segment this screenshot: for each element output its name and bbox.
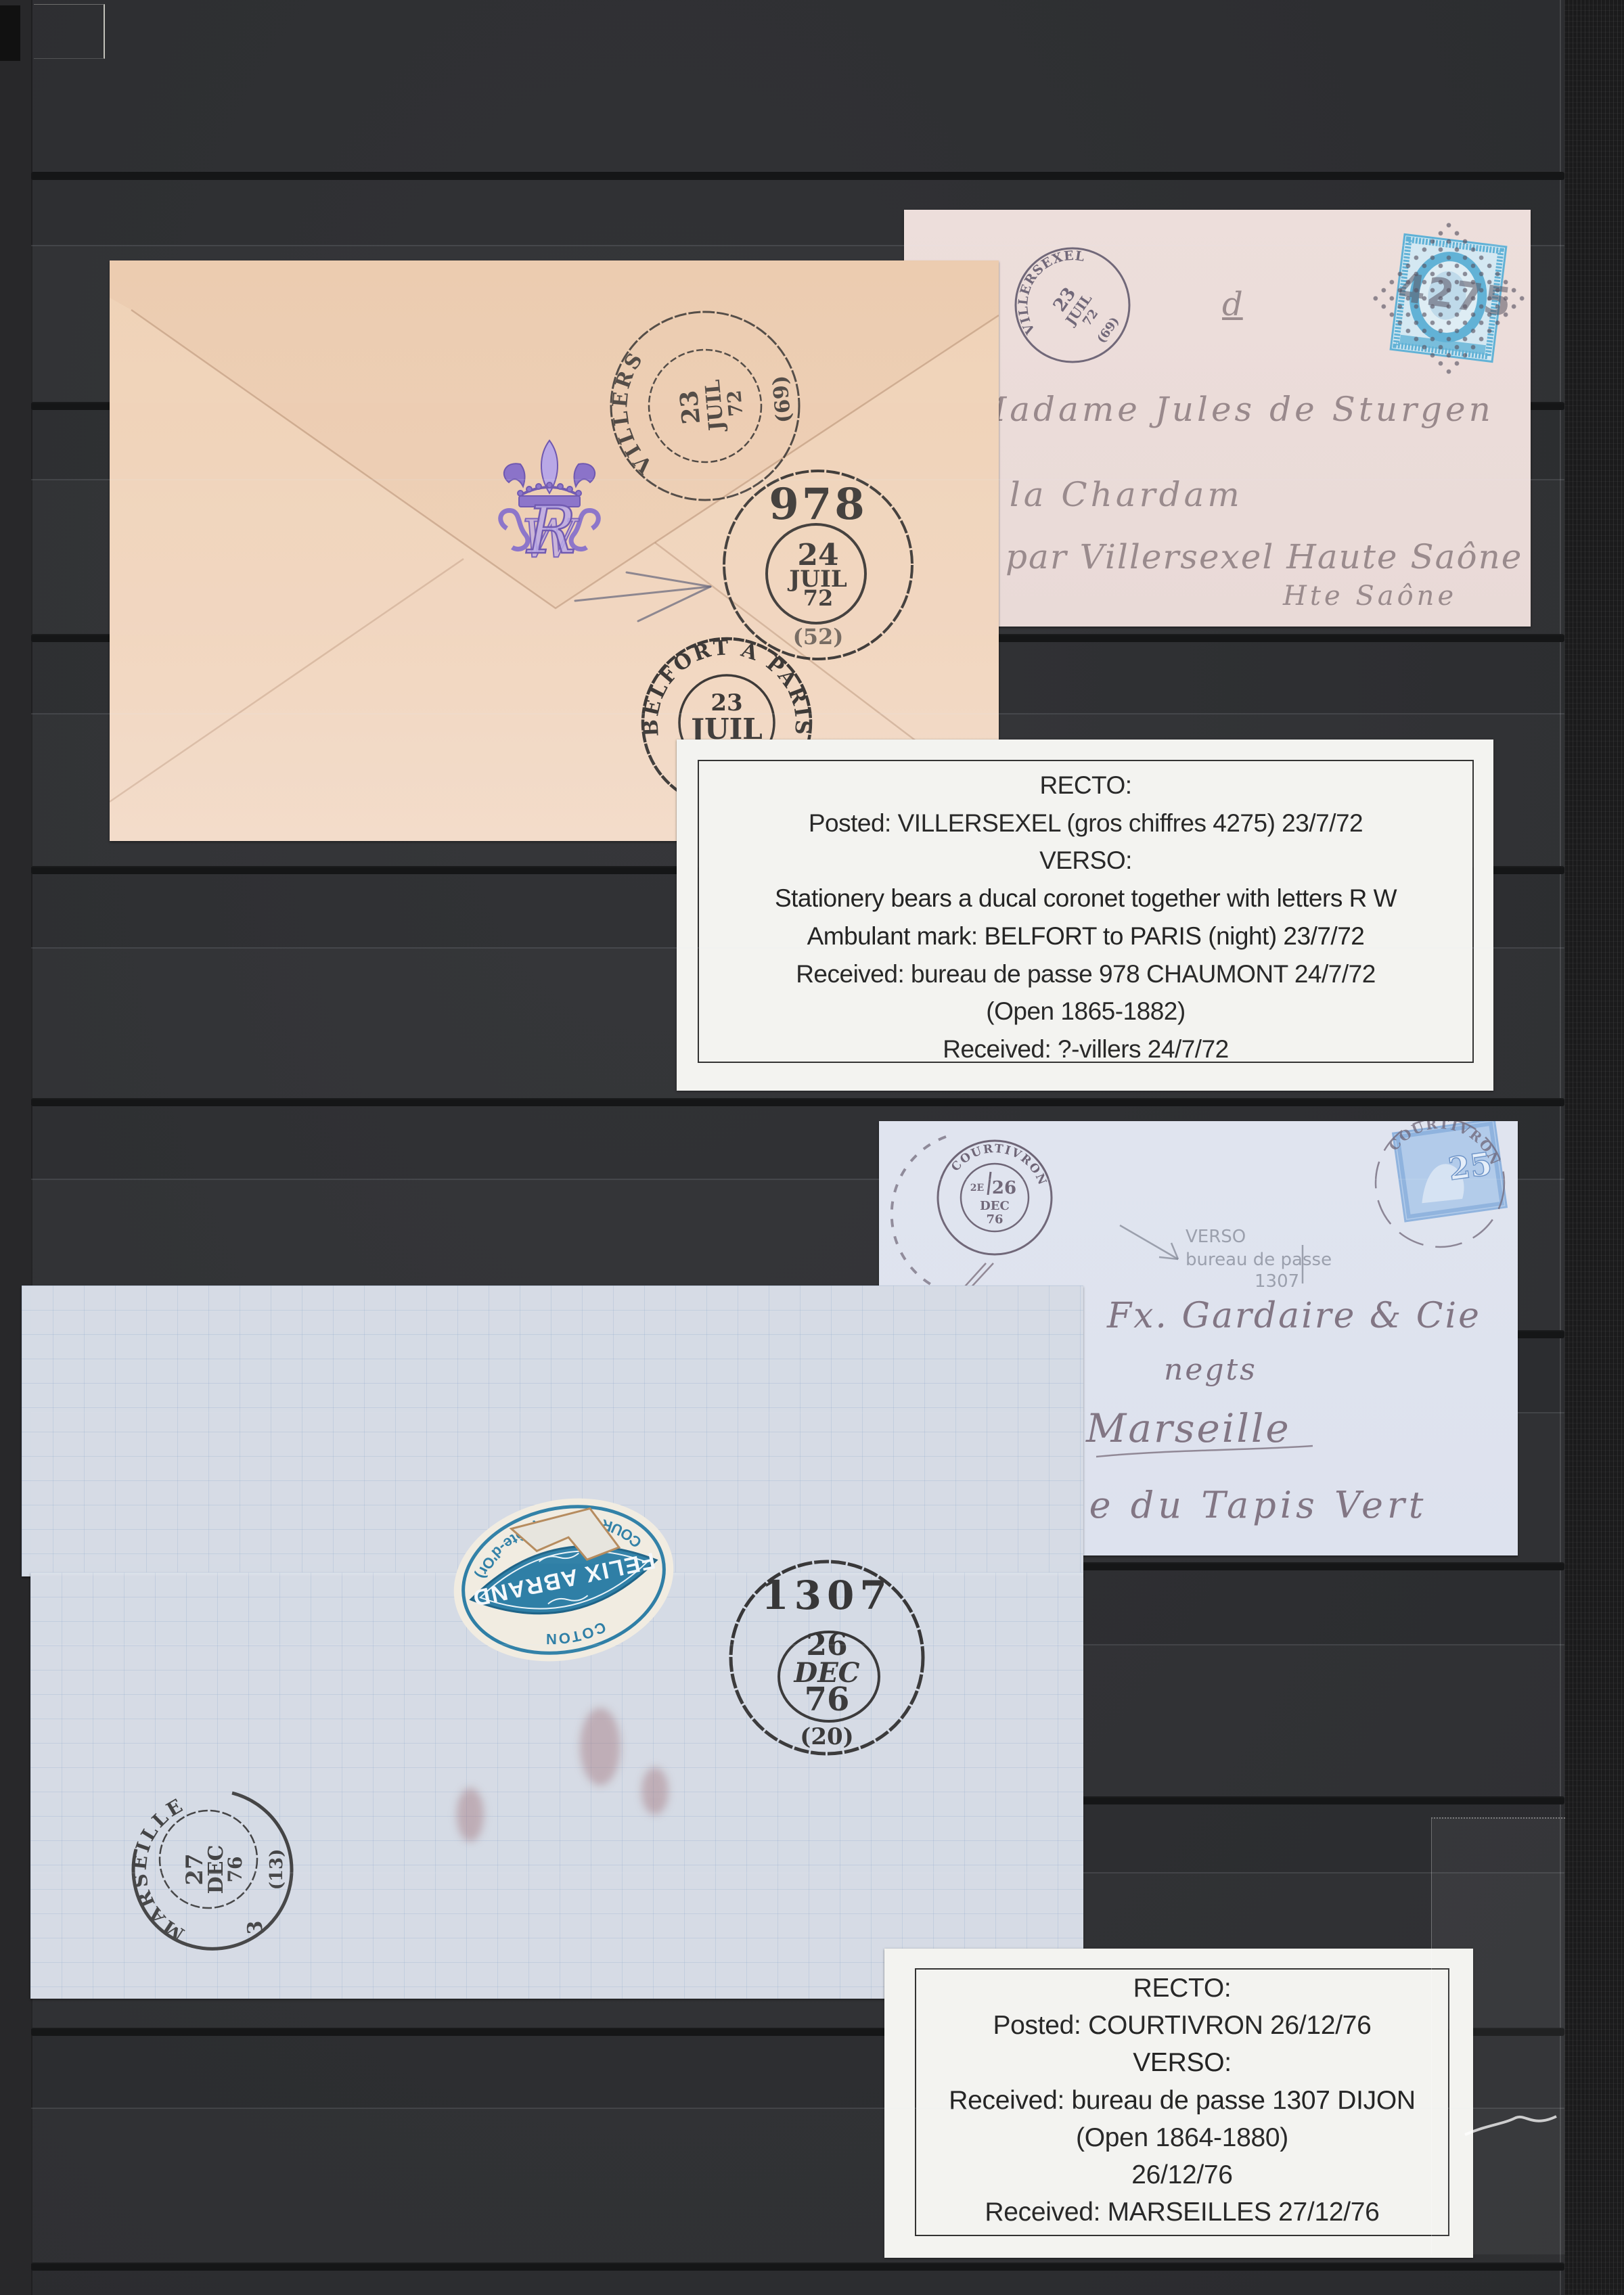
postmark-number: 978 <box>769 479 867 530</box>
address-line: à la Chardam <box>972 475 1243 514</box>
stain <box>457 1788 484 1842</box>
svg-text:COURTIVRON: COURTIVRON <box>1386 1121 1504 1168</box>
postmark-year: 72 <box>723 389 747 417</box>
label-line: (Open 1864-1880) <box>916 2119 1448 2156</box>
postmark-1307: 1307 26 DEC 76 (20) <box>725 1556 928 1759</box>
svg-text:MARSEILLE: MARSEILLE <box>128 1793 188 1945</box>
label-line: Received: bureau de passe 1307 DIJON <box>916 2082 1448 2119</box>
label-border: RECTO: Posted: VILLERSEXEL (gros chiffre… <box>698 760 1474 1063</box>
ducal-coronet-monogram: W R <box>478 434 621 576</box>
strip-divider <box>31 172 1564 180</box>
label-heading-recto: RECTO: <box>699 767 1472 804</box>
address-line: par Villersexel Haute Saône <box>1006 537 1522 576</box>
postmark-levee: 3 <box>244 1921 267 1935</box>
annotation-label-1: RECTO: Posted: VILLERSEXEL (gros chiffre… <box>677 740 1493 1091</box>
postmark-marseille: MARSEILLE 27 DEC 76 (13) 3 <box>127 1785 296 1954</box>
svg-text:VILLERS: VILLERS <box>603 345 659 480</box>
label-heading-verso: VERSO: <box>916 2044 1448 2081</box>
stain <box>580 1708 621 1786</box>
corner-outline <box>34 4 105 59</box>
pencil-note-line: 1307 <box>1255 1271 1299 1292</box>
postmark-number: 1307 <box>761 1572 892 1618</box>
corner-mark <box>0 5 20 61</box>
hinge-tape <box>1431 1817 1565 2254</box>
stamp-cancel-courtivron: COURTIVRON <box>1372 1121 1508 1250</box>
label-line: Received: MARSEILLES 27/12/76 <box>916 2194 1448 2231</box>
label-line: Received: ?-villers 24/7/72 <box>699 1030 1472 1068</box>
monogram-letter-r: R <box>526 493 576 568</box>
handwritten-note: d <box>1222 286 1243 323</box>
address-line: negts <box>1164 1353 1257 1387</box>
cover-2-verso: COTON COURTIVRON (Côte-d'Or) FELIX ABRAN… <box>22 1286 1083 1999</box>
postmark-year: 76 <box>224 1857 246 1883</box>
postmark-dept: (13) <box>267 1849 287 1890</box>
label-line: Posted: COURTIVRON 26/12/76 <box>916 2007 1448 2044</box>
label-line: Received: bureau de passe 978 CHAUMONT 2… <box>699 955 1472 993</box>
postmark-day: 23 <box>675 389 706 426</box>
postmark-town: COURTIVRON <box>1386 1121 1504 1168</box>
postmark-town: VILLERS <box>603 345 659 480</box>
fleuron-icon <box>504 463 525 486</box>
label-line: Stationery bears a ducal coronet togethe… <box>699 880 1472 917</box>
address-line: Fx. Gardaire & Cie <box>1107 1296 1481 1336</box>
strip-divider <box>31 1098 1564 1106</box>
label-line: (Open 1865-1882) <box>699 993 1472 1030</box>
fleuron-icon <box>574 463 595 486</box>
postmark-town: MARSEILLE <box>128 1793 188 1945</box>
postmark-dept: (69) <box>1094 315 1122 346</box>
stain <box>641 1767 669 1815</box>
annotation-label-2: RECTO: Posted: COURTIVRON 26/12/76 VERSO… <box>884 1949 1473 2258</box>
pencil-note-line: bureau de passe <box>1186 1250 1332 1270</box>
label-line: Ambulant mark: BELFORT to PARIS (night) … <box>699 917 1472 955</box>
postmark-year: 72 <box>803 585 834 611</box>
postmark-dept: (20) <box>800 1723 854 1750</box>
postmark-villersexel: VILLERSEXEL 23 JUIL 72 (69) <box>1012 244 1133 366</box>
light-glare <box>1462 2097 1563 2145</box>
strip-divider <box>31 2263 1564 2271</box>
stockbook-binding <box>1564 0 1624 2295</box>
address-line: rue du Tapis Vert <box>1040 1484 1427 1526</box>
label-line: 26/12/76 <box>916 2156 1448 2194</box>
label-heading-verso: VERSO: <box>699 842 1472 880</box>
address-line: Marseille <box>1086 1405 1291 1451</box>
stockbook-page: VILLERSEXEL 23 JUIL 72 (69) 4275 d Madam… <box>0 0 1624 2295</box>
postmark-year: 76 <box>805 1681 850 1719</box>
label-border: RECTO: Posted: COURTIVRON 26/12/76 VERSO… <box>915 1968 1449 2236</box>
label-line: Posted: VILLERSEXEL (gros chiffres 4275)… <box>699 804 1472 842</box>
label-heading-recto: RECTO: <box>916 1970 1448 2007</box>
address-line: Madame Jules de Sturgen <box>972 390 1494 429</box>
address-line: Hte Saône <box>1283 581 1457 612</box>
pencil-note-line: VERSO <box>1186 1227 1246 1247</box>
postmark-dept: (69) <box>769 375 796 424</box>
